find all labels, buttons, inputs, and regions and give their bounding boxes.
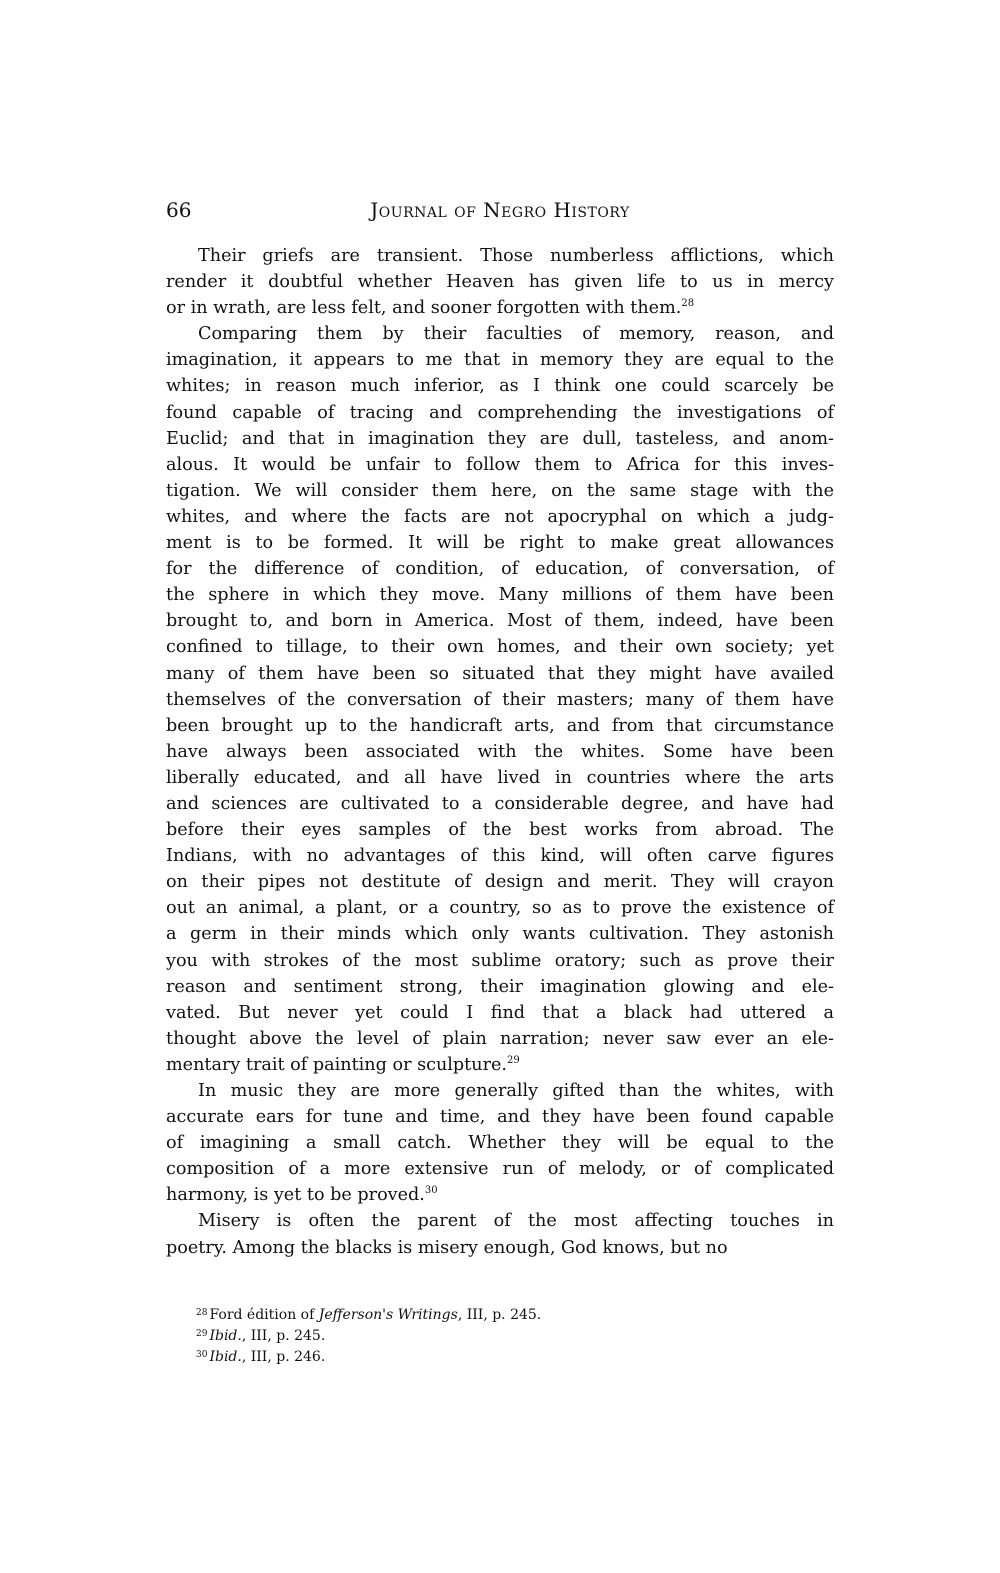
footnote-italic-title: Jefferson's Writings [319, 1307, 458, 1323]
line-text: Comparing them by their faculties of mem… [198, 324, 834, 344]
footnote: 30Ibid., III, p. 246. [196, 1345, 834, 1366]
text-line: composition of a more extensive run of m… [166, 1156, 834, 1182]
text-line: Their griefs are transient. Those number… [166, 243, 834, 269]
paragraph: In music they are more generally gifted … [166, 1078, 834, 1208]
line-text: brought to, and born in America. Most of… [166, 611, 834, 631]
footnotes: 28Ford édition of Jefferson's Writings, … [196, 1303, 834, 1366]
text-line: imagination, it appears to me that in me… [166, 347, 834, 373]
line-text: whites, and where the facts are not apoc… [166, 507, 834, 527]
footnote-mark: 30 [196, 1350, 207, 1360]
line-text: the sphere in which they move. Many mill… [166, 585, 834, 605]
page-header: 66 Journal of Negro History [166, 198, 834, 228]
line-text: themselves of the conversation of their … [166, 690, 834, 710]
footnote-italic-title: Ibid. [209, 1328, 241, 1344]
text-line: been brought up to the handicraft arts, … [166, 713, 834, 739]
text-line: Indians, with no advantages of this kind… [166, 843, 834, 869]
text-line: accurate ears for tune and time, and the… [166, 1104, 834, 1130]
paragraph: Their griefs are transient. Those number… [166, 243, 834, 321]
line-text: thought above the level of plain narrati… [166, 1029, 834, 1049]
line-text: mentary trait of painting or sculpture. [166, 1055, 507, 1075]
line-text: found capable of tracing and comprehendi… [166, 403, 834, 423]
line-text: vated. But never yet could I find that a… [166, 1003, 834, 1023]
text-line: on their pipes not destitute of design a… [166, 869, 834, 895]
text-line: out an animal, a plant, or a country, so… [166, 895, 834, 921]
text-line: tigation. We will consider them here, on… [166, 478, 834, 504]
line-text: Euclid; and that in imagination they are… [166, 429, 834, 449]
line-text: been brought up to the handicraft arts, … [166, 716, 834, 736]
line-text: confined to tillage, to their own homes,… [166, 637, 834, 657]
text-line: brought to, and born in America. Most of… [166, 608, 834, 634]
line-text: out an animal, a plant, or a country, so… [166, 898, 834, 918]
text-line: many of them have been so situated that … [166, 661, 834, 687]
running-title: Journal of Negro History [166, 198, 834, 222]
text-line: of imagining a small catch. Whether they… [166, 1130, 834, 1156]
line-text: accurate ears for tune and time, and the… [166, 1107, 834, 1127]
line-text: tigation. We will consider them here, on… [166, 481, 834, 501]
line-text: and sciences are cultivated to a conside… [166, 794, 834, 814]
text-line: whites, and where the facts are not apoc… [166, 504, 834, 530]
footnote-mark: 29 [196, 1329, 207, 1339]
text-line: whites; in reason much inferior, as I th… [166, 373, 834, 399]
paragraph: Misery is often the parent of the most a… [166, 1208, 834, 1260]
footnote-mark: 28 [196, 1308, 207, 1318]
footnote-italic-title: Ibid. [209, 1349, 241, 1365]
text-line: the sphere in which they move. Many mill… [166, 582, 834, 608]
text-line: In music they are more generally gifted … [166, 1078, 834, 1104]
body-text: Their griefs are transient. Those number… [166, 243, 834, 1261]
text-line: harmony, is yet to be proved.30 [166, 1182, 834, 1208]
text-line: thought above the level of plain narrati… [166, 1026, 834, 1052]
document-page: 66 Journal of Negro History Their griefs… [0, 0, 1000, 1573]
text-line: a germ in their minds which only wants c… [166, 921, 834, 947]
text-line: or in wrath, are less felt, and sooner f… [166, 295, 834, 321]
line-text: have always been associated with the whi… [166, 742, 834, 762]
line-text: alous. It would be unfair to follow them… [166, 455, 834, 475]
paragraph: Comparing them by their faculties of mem… [166, 321, 834, 1078]
text-line: render it doubtful whether Heaven has gi… [166, 269, 834, 295]
line-text: you with strokes of the most sublime ora… [166, 951, 834, 971]
footnote-text: Ford édition of [209, 1307, 318, 1323]
text-line: Comparing them by their faculties of mem… [166, 321, 834, 347]
line-text: Indians, with no advantages of this kind… [166, 846, 834, 866]
line-text: ment is to be formed. It will be right t… [166, 533, 834, 553]
text-line: liberally educated, and all have lived i… [166, 765, 834, 791]
footnote-citation: , III, p. 246. [242, 1349, 325, 1365]
footnote-reference[interactable]: 30 [425, 1185, 438, 1196]
line-text: composition of a more extensive run of m… [166, 1159, 834, 1179]
footnote: 28Ford édition of Jefferson's Writings, … [196, 1303, 834, 1324]
line-text: imagination, it appears to me that in me… [166, 350, 834, 370]
line-text: a germ in their minds which only wants c… [166, 924, 834, 944]
line-text: or in wrath, are less felt, and sooner f… [166, 298, 681, 318]
text-line: for the difference of condition, of educ… [166, 556, 834, 582]
text-line: confined to tillage, to their own homes,… [166, 634, 834, 660]
line-text: whites; in reason much inferior, as I th… [166, 376, 834, 396]
line-text: for the difference of condition, of educ… [166, 559, 834, 579]
line-text: poetry. Among the blacks is misery enoug… [166, 1238, 728, 1258]
text-line: ment is to be formed. It will be right t… [166, 530, 834, 556]
footnote-citation: , III, p. 245. [242, 1328, 325, 1344]
text-line: vated. But never yet could I find that a… [166, 1000, 834, 1026]
text-line: alous. It would be unfair to follow them… [166, 452, 834, 478]
text-line: Misery is often the parent of the most a… [166, 1208, 834, 1234]
text-line: and sciences are cultivated to a conside… [166, 791, 834, 817]
footnote: 29Ibid., III, p. 245. [196, 1324, 834, 1345]
line-text: In music they are more generally gifted … [198, 1081, 834, 1101]
line-text: of imagining a small catch. Whether they… [166, 1133, 834, 1153]
line-text: render it doubtful whether Heaven has gi… [166, 272, 834, 292]
text-line: Euclid; and that in imagination they are… [166, 426, 834, 452]
text-line: have always been associated with the whi… [166, 739, 834, 765]
line-text: before their eyes samples of the best wo… [166, 820, 834, 840]
line-text: many of them have been so situated that … [166, 664, 834, 684]
text-line: themselves of the conversation of their … [166, 687, 834, 713]
footnote-reference[interactable]: 29 [507, 1055, 520, 1066]
line-text: reason and sentiment strong, their imagi… [166, 977, 834, 997]
text-line: reason and sentiment strong, their imagi… [166, 974, 834, 1000]
footnote-reference[interactable]: 28 [681, 298, 694, 309]
line-text: liberally educated, and all have lived i… [166, 768, 834, 788]
text-line: you with strokes of the most sublime ora… [166, 948, 834, 974]
line-text: Their griefs are transient. Those number… [198, 246, 834, 266]
line-text: harmony, is yet to be proved. [166, 1185, 425, 1205]
text-line: mentary trait of painting or sculpture.2… [166, 1052, 834, 1078]
line-text: Misery is often the parent of the most a… [198, 1211, 834, 1231]
text-line: poetry. Among the blacks is misery enoug… [166, 1235, 834, 1261]
text-line: before their eyes samples of the best wo… [166, 817, 834, 843]
line-text: on their pipes not destitute of design a… [166, 872, 834, 892]
footnote-citation: , III, p. 245. [458, 1307, 541, 1323]
text-line: found capable of tracing and comprehendi… [166, 400, 834, 426]
